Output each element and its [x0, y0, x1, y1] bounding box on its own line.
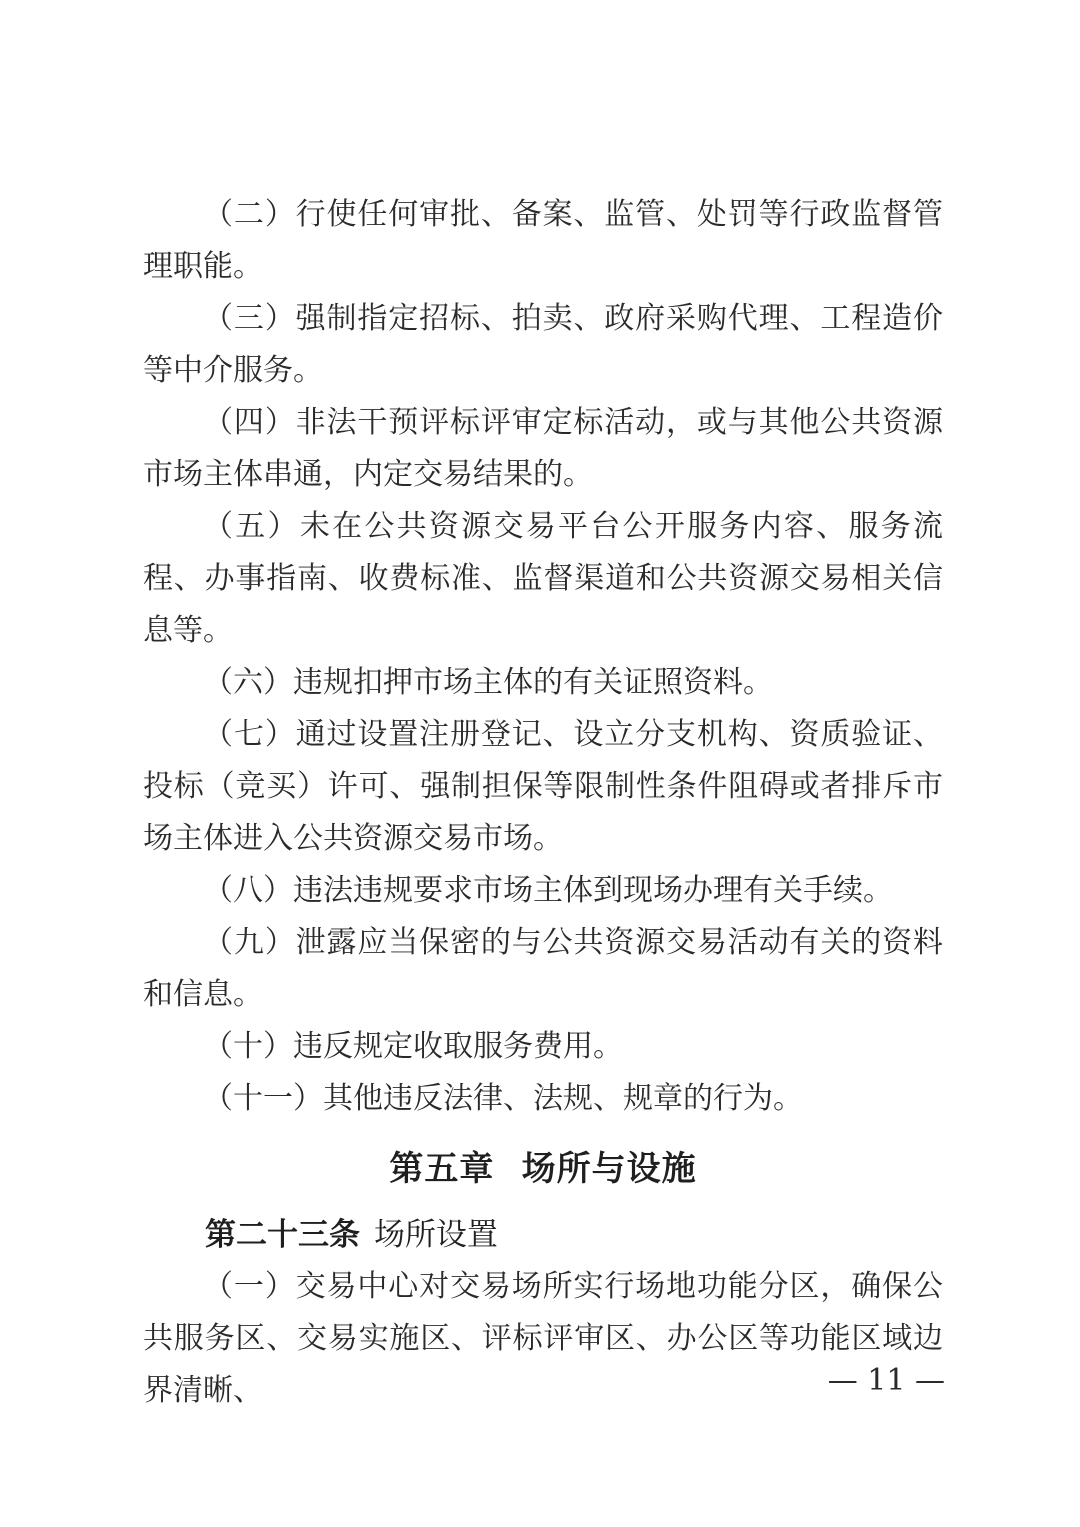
violation-item-paragraph: （二）行使任何审批、备案、监管、处罚等行政监督管理职能。	[143, 189, 943, 293]
article-paragraph: （一）交易中心对交易场所实行场地功能分区，确保公共服务区、交易实施区、评标评审区…	[143, 1261, 943, 1417]
article-title: 场所设置	[374, 1217, 498, 1253]
violation-item-paragraph: （九）泄露应当保密的与公共资源交易活动有关的资料和信息。	[143, 917, 943, 1021]
article-number: 第二十三条	[205, 1217, 360, 1253]
violation-item-paragraph: （三）强制指定招标、拍卖、政府采购代理、工程造价等中介服务。	[143, 293, 943, 397]
violation-item-paragraph: （十一）其他违反法律、法规、规章的行为。	[143, 1073, 943, 1125]
violation-item-paragraph: （八）违法违规要求市场主体到现场办理有关手续。	[143, 865, 943, 917]
chapter-title: 场所与设施	[522, 1149, 697, 1189]
chapter-heading: 第五章场所与设施	[143, 1139, 943, 1199]
article-paragraphs-list: （一）交易中心对交易场所实行场地功能分区，确保公共服务区、交易实施区、评标评审区…	[143, 1261, 943, 1417]
violation-item-paragraph: （六）违规扣押市场主体的有关证照资料。	[143, 657, 943, 709]
document-content: （二）行使任何审批、备案、监管、处罚等行政监督管理职能。 （三）强制指定招标、拍…	[143, 189, 943, 1417]
document-page: （二）行使任何审批、备案、监管、处罚等行政监督管理职能。 （三）强制指定招标、拍…	[0, 0, 1080, 1527]
violation-item-paragraph: （四）非法干预评标评审定标活动，或与其他公共资源市场主体串通，内定交易结果的。	[143, 397, 943, 501]
violation-item-paragraph: （十）违反规定收取服务费用。	[143, 1021, 943, 1073]
violation-item-paragraph: （七）通过设置注册登记、设立分支机构、资质验证、投标（竞买）许可、强制担保等限制…	[143, 709, 943, 865]
violation-item-paragraph: （五）未在公共资源交易平台公开服务内容、服务流程、办事指南、收费标准、监督渠道和…	[143, 501, 943, 657]
page-number: — 11 —	[828, 1355, 945, 1407]
chapter-number: 第五章	[389, 1149, 494, 1189]
violation-items-list: （二）行使任何审批、备案、监管、处罚等行政监督管理职能。 （三）强制指定招标、拍…	[143, 189, 943, 1125]
article-heading: 第二十三条场所设置	[143, 1209, 943, 1261]
